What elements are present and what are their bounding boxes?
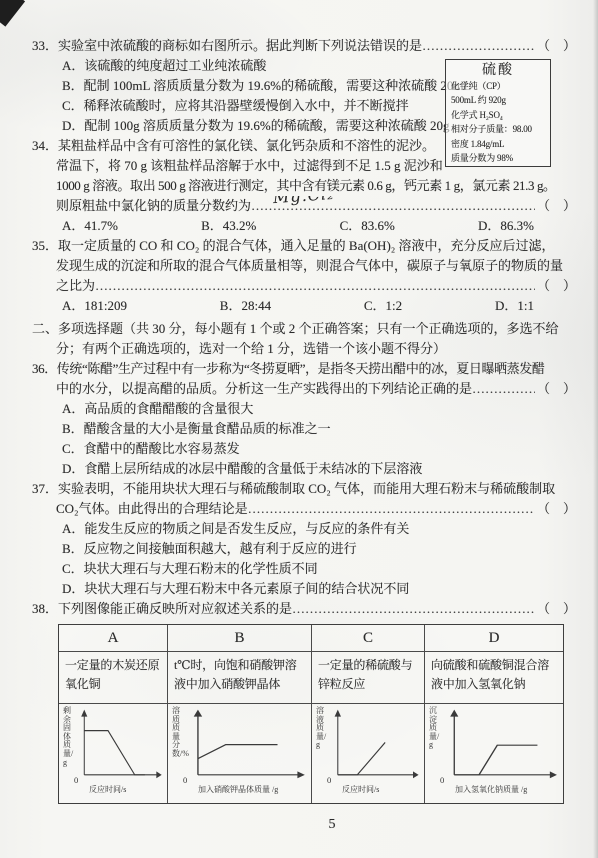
answer-bracket: （ ） [535,36,576,56]
answer-bracket: （ ） [535,196,576,216]
option-d: D．块状大理石与大理石粉末中各元素原子间的结合状况不同 [32,579,576,599]
option-d: D．1:1 [495,296,534,316]
question-35-last-line: 之比为 ………………………………………………………………………………………………… [32,276,576,296]
leader-dots: …………………………………………………………………………………………………………… [422,36,535,56]
graph-b: 溶质质量分数/% 0 加入硝酸钾晶体质量 /g [168,704,312,803]
answer-bracket: （ ） [535,379,576,399]
reagent-label-title: 硫酸 [451,62,545,79]
page-number: 5 [32,815,576,835]
x-axis-label: 加入氢氧化钠质量 /g [455,780,527,800]
option-b: B．28:44 [220,296,271,316]
reagent-label-line: 相对分子质量：98.00 [451,122,545,136]
question-35: 35．取一定质量的 CO 和 CO₂ 的混合气体，通入足量的 Ba(OH)₂ 溶… [32,236,576,316]
leader-dots-text: …………………………………………………………………………………………………………… [292,601,535,616]
option-c: C．83.6% [340,216,395,236]
question-36-last-line: 中的水分，以提高醋的品质。分析这一生产实践得出的下列结论正确的是 …………………… [32,379,576,399]
table-desc-d: 向硫酸和硫酸铜混合溶液中加入氢氧化钠 [425,652,563,704]
table-header-c: C [312,625,425,652]
question-36: 36．传统“陈醋”生产过程中有一步称为“冬捞夏晒”，是指冬天捞出醋中的冰，夏日曝… [32,359,576,479]
reagent-label-line: 密度 1.84g/mL [451,137,545,151]
question-line: 35．取一定质量的 CO 和 CO₂ 的混合气体，通入足量的 Ba(OH)₂ 溶… [32,236,576,256]
section-2-header: 二、多项选择题（共 30 分，每小题有 1 个或 2 个正确答案；只有一个正确选… [32,319,576,359]
option-d: D．食醋上层所结成的冰层中醋酸的含量低于未结冰的下层溶液 [32,459,576,479]
leader-dots: …………………………………………………………………………………………………………… [292,599,535,619]
reagent-label-line: 500mL 约 920g [451,93,545,107]
section-header-line: 分；有两个正确选项的，选对一个给 1 分，选错一个该小题不得分） [32,339,576,359]
question-37-last-line: CO₂气体。由此得出的合理结论是 ……………………………………………………………… [32,499,576,519]
option-a: A．能发生反应的物质之间是否发生反应，与反应的条件有关 [32,519,576,539]
x-axis-label: 反应时间/s [89,780,126,800]
option-b: B．反应物之间接触面积越大，越有利于反应的进行 [32,539,576,559]
leader-dots-text: …………………………………………………………………………………………………………… [472,381,535,396]
table-header-d: D [425,625,563,652]
option-a: A．41.7% [62,216,118,236]
mini-chart [181,707,308,787]
question-37: 37．实验表明，不能用块状大理石与稀硫酸制取 CO₂ 气体，而能用大理石粉末与稀… [32,479,576,599]
answer-bracket: （ ） [535,276,576,296]
mini-chart [325,707,421,787]
question-stem: 之比为 [56,276,95,296]
question-stem: 38．下列图像能正确反映所对应叙述关系的是 [32,599,292,619]
question-stem: 则原粗盐中氯化钠的质量分数约为 [56,196,251,216]
option-a: A．高品质的食醋醋酸的含量很大 [32,399,576,419]
leader-dots-text: …………………………………………………………………………………………………………… [95,278,535,293]
leader-dots-text: …………………………………………………………………………………………………………… [248,501,535,516]
leader-dots: …………………………………………………………………………………………………………… [251,196,535,216]
table-desc-c: 一定量的稀硫酸与锌粒反应 [312,652,425,704]
leader-dots: …………………………………………………………………………………………………………… [248,499,535,519]
option-a: A．181:209 [62,296,127,316]
graph-c: 溶液质量/g 0 反应时间/s [312,704,425,803]
question-33-stem-line: 33．实验室中浓硫酸的商标如右图所示。据此判断下列说法错误的是 ……………………… [32,36,576,56]
reagent-label-box: 硫酸 化学纯（CP） 500mL 约 920g 化学式 H₂SO₄ 相对分子质量… [445,59,551,167]
mini-chart [72,707,164,787]
question-34-last-line: 则原粗盐中氯化钠的质量分数约为 ………………………………………………………………… [32,196,576,216]
option-d: D．86.3% [478,216,534,236]
q38-options-table: A B C D 一定量的木炭还原氧化铜 t℃时，向饱和硝酸钾溶液中加入硝酸钾晶体… [58,624,564,804]
question-stem: 中的水分，以提高醋的品质。分析这一生产实践得出的下列结论正确的是 [56,379,472,399]
question-stem: 33．实验室中浓硫酸的商标如右图所示。据此判断下列说法错误的是 [32,36,422,56]
question-line: 37．实验表明，不能用块状大理石与稀硫酸制取 CO₂ 气体，而能用大理石粉末与稀… [32,479,576,499]
options-row: A．181:209 B．28:44 C．1:2 D．1:1 [32,296,576,316]
section-header-line: 二、多项选择题（共 30 分，每小题有 1 个或 2 个正确答案；只有一个正确选… [32,319,576,339]
option-c: C．块状大理石与大理石粉末的化学性质不同 [32,559,576,579]
graph-a: 剩余固体质量/g 0 反应时间/s [59,704,168,803]
question-38: 38．下列图像能正确反映所对应叙述关系的是 ………………………………………………… [32,599,576,619]
reagent-label-line: 化学纯（CP） [451,79,545,93]
question-line: 发现生成的沉淀和所取的混合气体质量相等，则混合气体中，碳原子与氧原子的物质的量 [32,256,576,276]
question-line: 1000 g 溶液。取出 500 g 溶液进行测定，其中含有镁元素 0.6 g，… [32,176,576,196]
leader-dots: …………………………………………………………………………………………………………… [95,276,535,296]
reagent-label-line: 化学式 H₂SO₄ [451,108,545,122]
scanned-exam-page: 33．实验室中浓硫酸的商标如右图所示。据此判断下列说法错误的是 ……………………… [0,0,598,858]
leader-dots-text: …………………………………………………………………………………………………………… [422,38,535,53]
answer-bracket: （ ） [535,499,576,519]
option-c: C．食醋中的醋酸比水容易蒸发 [32,439,576,459]
table-header-a: A [59,625,168,652]
x-axis-label: 反应时间/s [342,780,379,800]
x-axis-label: 加入硝酸钾晶体质量 /g [198,780,278,800]
question-stem: CO₂气体。由此得出的合理结论是 [56,499,248,519]
option-b: B．43.2% [201,216,256,236]
option-c: C．1:2 [364,296,402,316]
option-b: B．醋酸含量的大小是衡量食醋品质的标准之一 [32,419,576,439]
table-desc-a: 一定量的木炭还原氧化铜 [59,652,168,704]
leader-dots: …………………………………………………………………………………………………………… [472,379,535,399]
graph-d: 沉淀质量/g 0 加入氢氧化钠质量 /g [425,704,563,803]
answer-bracket: （ ） [535,599,576,619]
question-line: 36．传统“陈醋”生产过程中有一步称为“冬捞夏晒”，是指冬天捞出醋中的冰，夏日曝… [32,359,576,379]
options-row: A．41.7% B．43.2% C．83.6% D．86.3% [32,216,576,236]
table-header-b: B [168,625,312,652]
reagent-label-line: 质量分数为 98% [451,151,545,165]
table-desc-b: t℃时，向饱和硝酸钾溶液中加入硝酸钾晶体 [168,652,312,704]
mini-chart [438,707,560,787]
